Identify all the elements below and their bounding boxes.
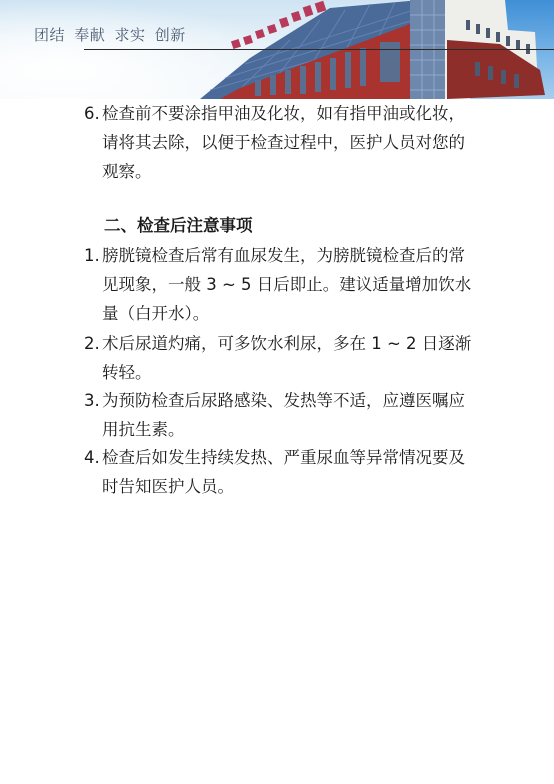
header-banner: 团结 奉献 求实 创新 (0, 0, 554, 99)
section-title: 二、检查后注意事项 (104, 211, 253, 240)
item-number: 2. (84, 329, 102, 358)
hospital-slogan: 团结 奉献 求实 创新 (34, 24, 186, 45)
item-line: 检查前不要涂指甲油及化妆，如有指甲油或化妆， (84, 99, 504, 128)
item-line: 用抗生素。 (84, 415, 504, 444)
item-line: 为预防检查后尿路感染、发热等不适，应遵医嘱应 (84, 386, 504, 415)
item-line: 膀胱镜检查后常有血尿发生，为膀胱镜检查后的常 (84, 241, 504, 270)
item-line: 术后尿道灼痛，可多饮水利尿，多在 1 ~ 2 日逐渐 (84, 329, 504, 358)
item-line: 量（白开水）。 (84, 299, 504, 328)
item-line: 观察。 (84, 157, 504, 186)
item-number: 6. (84, 99, 102, 128)
list-item-3: 3. 为预防检查后尿路感染、发热等不适，应遵医嘱应 用抗生素。 (84, 386, 504, 444)
list-item-2: 2. 术后尿道灼痛，可多饮水利尿，多在 1 ~ 2 日逐渐 转轻。 (84, 329, 504, 387)
item-number: 1. (84, 241, 102, 270)
item-line: 检查后如发生持续发热、严重尿血等异常情况要及 (84, 443, 504, 472)
item-line: 请将其去除，以便于检查过程中，医护人员对您的 (84, 128, 504, 157)
list-item-1: 1. 膀胱镜检查后常有血尿发生，为膀胱镜检查后的常 见现象，一般 3 ~ 5 日… (84, 241, 504, 328)
item-line: 时告知医护人员。 (84, 472, 504, 501)
item-number: 3. (84, 386, 102, 415)
list-item-4: 4. 检查后如发生持续发热、严重尿血等异常情况要及 时告知医护人员。 (84, 443, 504, 501)
item-line: 见现象，一般 3 ~ 5 日后即止。建议适量增加饮水 (84, 270, 504, 299)
item-line: 转轻。 (84, 358, 504, 387)
list-item-6: 6. 检查前不要涂指甲油及化妆，如有指甲油或化妆， 请将其去除，以便于检查过程中… (84, 99, 504, 186)
slogan-underline (84, 49, 554, 50)
item-number: 4. (84, 443, 102, 472)
